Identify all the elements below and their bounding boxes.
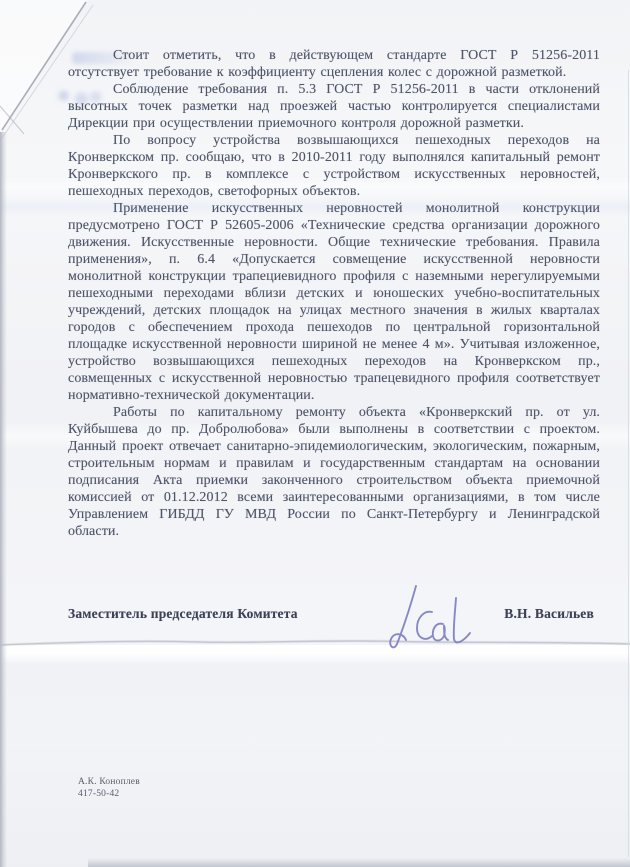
signature-row: Заместитель председателя Комитета В.Н. В…: [68, 606, 594, 622]
executor-phone: 417-50-42: [78, 788, 140, 800]
executor-block: А.К. Коноплев 417-50-42: [78, 776, 140, 800]
paragraph: Применение искусственных неровностей мон…: [68, 200, 600, 404]
scanned-letter-page: Стоит отметить, что в действующем станда…: [0, 0, 630, 867]
paragraph: Стоит отметить, что в действующем станда…: [68, 47, 600, 81]
paragraph: Работы по капитальному ремонту объекта «…: [68, 404, 600, 540]
underlying-sheet: [0, 663, 630, 867]
scan-edge-bottom: [88, 858, 630, 867]
paper-bright-strip: [0, 645, 630, 663]
signer-name: В.Н. Васильев: [504, 606, 594, 622]
signer-title: Заместитель председателя Комитета: [68, 606, 298, 622]
scan-edge-right: [628, 70, 629, 857]
paragraph: Соблюдение требования п. 5.3 ГОСТ Р 5125…: [68, 81, 600, 132]
letter-body: Стоит отметить, что в действующем станда…: [68, 47, 600, 540]
scan-edge-left: [0, 132, 7, 867]
executor-name: А.К. Коноплев: [78, 776, 140, 788]
signature-icon: [380, 582, 480, 654]
paragraph: По вопросу устройства возвышающихся пеше…: [68, 132, 600, 200]
